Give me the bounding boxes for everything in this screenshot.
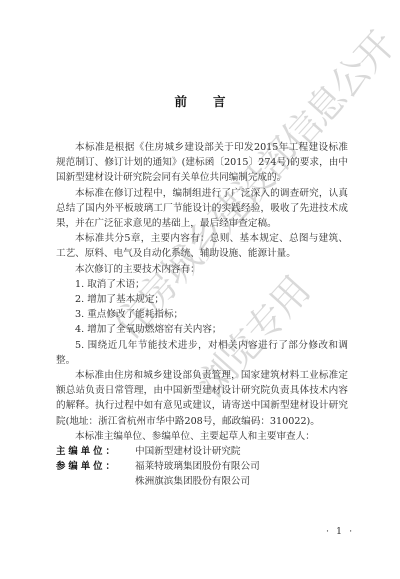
participating-row-cont: 株洲旗滨集团股份有限公司 — [56, 474, 348, 489]
list-item: 4. 增加了全氧助燃熔窑有关内容； — [56, 322, 348, 337]
participating-row: 参编单位： 福莱特玻璃集团股份有限公司 — [56, 459, 348, 474]
chief-editor-row: 主编单位： 中国新型建材设计研究院 — [56, 444, 348, 459]
list-item: 2. 增加了基本规定； — [56, 292, 348, 307]
list-item: 5. 围绕近几年节能技术进步，对相关内容进行了部分修改和调整。 — [56, 338, 348, 368]
participating-value: 株洲旗滨集团股份有限公司 — [135, 474, 348, 489]
page-number: · 1 · — [326, 526, 354, 537]
document-body: 本标准是根据《住房城乡建设部关于印发2015年工程建设标准规范制订、修订计划的通… — [56, 140, 348, 490]
page-title: 前言 — [0, 92, 400, 110]
participating-value: 福莱特玻璃集团股份有限公司 — [135, 459, 348, 474]
chief-editor-label: 主编单位： — [56, 444, 135, 459]
paragraph-origin: 本标准是根据《住房城乡建设部关于印发2015年工程建设标准规范制订、修订计划的通… — [56, 140, 348, 186]
paragraph-revision-intro: 本次修订的主要技术内容有： — [56, 262, 348, 277]
paragraph-management: 本标准由住房和城乡建设部负责管理，国家建筑材料工业标准定额总站负责日常管理，由中… — [56, 368, 348, 429]
paragraph-credits-intro: 本标准主编单位、参编单位、主要起草人和主要审查人： — [56, 429, 348, 444]
document-page: 前言 本标准是根据《住房城乡建设部关于印发2015年工程建设标准规范制订、修订计… — [0, 0, 400, 579]
list-item: 3. 重点修改了能耗指标； — [56, 307, 348, 322]
chief-editor-value: 中国新型建材设计研究院 — [135, 444, 348, 459]
participating-label: 参编单位： — [56, 459, 135, 474]
paragraph-structure: 本标准共分5章，主要内容有：总则、基本规定、总图与建筑、工艺、原料、电气及自动化… — [56, 231, 348, 261]
paragraph-process: 本标准在修订过程中，编制组进行了广泛深入的调查研究，认真总结了国内外平板玻璃工厂… — [56, 186, 348, 232]
list-item: 1. 取消了术语； — [56, 277, 348, 292]
